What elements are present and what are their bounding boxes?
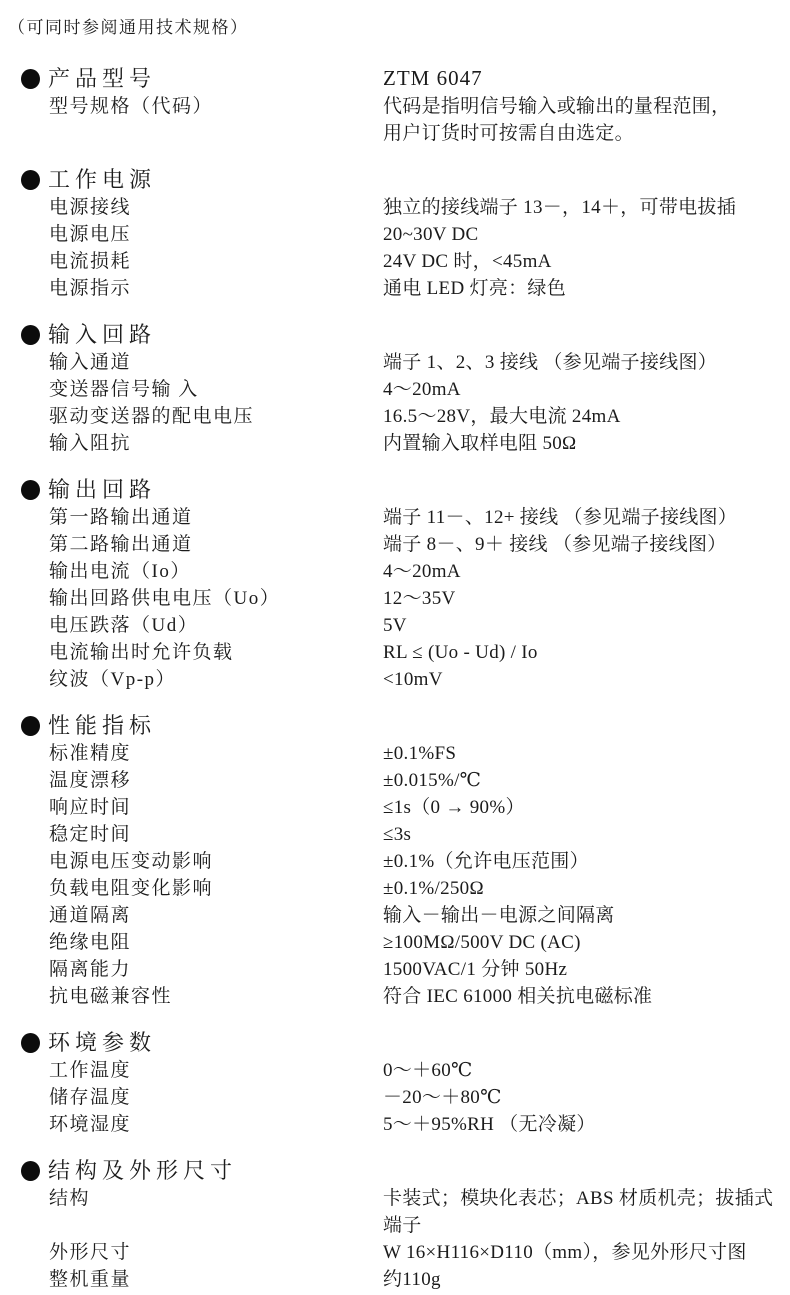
spec-row: 储存温度－20～＋80℃ (8, 1084, 780, 1111)
section-title: 性能指标 (48, 711, 383, 740)
spec-value: 代码是指明信号输入或输出的量程范围， 用户订货时可按需自由选定。 (383, 93, 780, 147)
spec-value: 5～＋95%RH （无冷凝） (383, 1111, 780, 1138)
spec-row: 结构卡装式；模块化表芯；ABS 材质机壳；拔插式端子 (8, 1185, 780, 1239)
spec-row: 输入通道端子 1、2、3 接线 （参见端子接线图） (8, 349, 780, 376)
spec-value: ±0.1%（允许电压范围） (383, 848, 780, 875)
spec-row: 电源电压变动影响±0.1%（允许电压范围） (8, 848, 780, 875)
spec-row: 负载电阻变化影响±0.1%/250Ω (8, 875, 780, 902)
spec-row: 第二路输出通道端子 8－、9＋ 接线 （参见端子接线图） (8, 531, 780, 558)
spec-label: 输出回路供电电压（Uo） (49, 585, 383, 612)
section-bullet-icon (21, 716, 40, 736)
spec-value: 端子 11－、12+ 接线 （参见端子接线图） (383, 504, 780, 531)
spec-label: 抗电磁兼容性 (49, 983, 383, 1010)
spec-row: 通道隔离输入－输出－电源之间隔离 (8, 902, 780, 929)
section-bullet-icon (21, 480, 40, 500)
spec-row: 驱动变送器的配电电压16.5～28V，最大电流 24mA (8, 403, 780, 430)
section-bullet-icon (21, 325, 40, 345)
spec-value: 内置输入取样电阻 50Ω (383, 430, 780, 457)
spec-label: 驱动变送器的配电电压 (49, 403, 383, 430)
spec-row: 电压跌落（Ud）5V (8, 612, 780, 639)
spec-label: 第一路输出通道 (49, 504, 383, 531)
spec-sections: 产品型号ZTM 6047型号规格（代码）代码是指明信号输入或输出的量程范围， 用… (8, 64, 780, 1293)
spec-label: 结构 (49, 1185, 383, 1239)
spec-row: 工作温度0～＋60℃ (8, 1057, 780, 1084)
spec-row: 电源指示通电 LED 灯亮：绿色 (8, 275, 780, 302)
spec-value: －20～＋80℃ (383, 1084, 780, 1111)
spec-label: 电流输出时允许负载 (49, 639, 383, 666)
spec-row: 纹波（Vp-p）<10mV (8, 666, 780, 693)
spec-value: 端子 1、2、3 接线 （参见端子接线图） (383, 349, 780, 376)
spec-value: ≤1s（0 → 90%） (383, 794, 780, 821)
spec-label: 工作温度 (49, 1057, 383, 1084)
section-bullet-icon (21, 1161, 40, 1181)
spec-value: 24V DC 时，<45mA (383, 248, 780, 275)
spec-row: 电流损耗24V DC 时，<45mA (8, 248, 780, 275)
spec-value: 独立的接线端子 13－，14＋，可带电拔插 (383, 194, 780, 221)
spec-label: 绝缘电阻 (49, 929, 383, 956)
spec-value: 卡装式；模块化表芯；ABS 材质机壳；拔插式端子 (383, 1185, 780, 1239)
section-bullet-icon (21, 69, 40, 89)
spec-row: 稳定时间≤3s (8, 821, 780, 848)
section-heading: 产品型号ZTM 6047 (8, 64, 780, 93)
spec-row: 输入阻抗内置输入取样电阻 50Ω (8, 430, 780, 457)
spec-row: 第一路输出通道端子 11－、12+ 接线 （参见端子接线图） (8, 504, 780, 531)
spec-row: 输出回路供电电压（Uo）12～35V (8, 585, 780, 612)
spec-value: 4～20mA (383, 376, 780, 403)
section-heading: 输出回路 (8, 475, 780, 504)
spec-section: 工作电源电源接线独立的接线端子 13－，14＋，可带电拔插电源电压20~30V … (8, 165, 780, 302)
spec-label: 输出电流（Io） (49, 558, 383, 585)
spec-row: 环境湿度5～＋95%RH （无冷凝） (8, 1111, 780, 1138)
spec-value: RL ≤ (Uo - Ud) / Io (383, 639, 780, 666)
spec-row: 绝缘电阻≥100MΩ/500V DC (AC) (8, 929, 780, 956)
spec-label: 电压跌落（Ud） (49, 612, 383, 639)
spec-label: 储存温度 (49, 1084, 383, 1111)
spec-label: 变送器信号输 入 (49, 376, 383, 403)
section-title: 结构及外形尺寸 (48, 1156, 383, 1185)
spec-value: ±0.015%/℃ (383, 767, 780, 794)
section-heading: 性能指标 (8, 711, 780, 740)
spec-label: 隔离能力 (49, 956, 383, 983)
spec-row: 电流输出时允许负载RL ≤ (Uo - Ud) / Io (8, 639, 780, 666)
spec-value: W 16×H116×D110（mm），参见外形尺寸图 (383, 1239, 780, 1266)
spec-row: 型号规格（代码）代码是指明信号输入或输出的量程范围， 用户订货时可按需自由选定。 (8, 93, 780, 147)
spec-row: 响应时间≤1s（0 → 90%） (8, 794, 780, 821)
section-title: 输出回路 (48, 475, 383, 504)
spec-row: 变送器信号输 入4～20mA (8, 376, 780, 403)
page-note: （可同时参阅通用技术规格） (8, 16, 780, 40)
spec-row: 抗电磁兼容性符合 IEC 61000 相关抗电磁标准 (8, 983, 780, 1010)
spec-label: 电源接线 (49, 194, 383, 221)
spec-label: 第二路输出通道 (49, 531, 383, 558)
spec-label: 电源指示 (49, 275, 383, 302)
spec-label: 整机重量 (49, 1266, 383, 1293)
spec-label: 响应时间 (49, 794, 383, 821)
spec-section: 产品型号ZTM 6047型号规格（代码）代码是指明信号输入或输出的量程范围， 用… (8, 64, 780, 147)
spec-section: 输入回路输入通道端子 1、2、3 接线 （参见端子接线图）变送器信号输 入4～2… (8, 320, 780, 457)
spec-value: ±0.1%/250Ω (383, 875, 780, 902)
spec-row: 隔离能力1500VAC/1 分钟 50Hz (8, 956, 780, 983)
spec-label: 输入通道 (49, 349, 383, 376)
section-title: 环境参数 (48, 1028, 383, 1057)
spec-label: 电源电压 (49, 221, 383, 248)
spec-value: ≥100MΩ/500V DC (AC) (383, 929, 780, 956)
spec-section: 输出回路第一路输出通道端子 11－、12+ 接线 （参见端子接线图）第二路输出通… (8, 475, 780, 693)
spec-label: 输入阻抗 (49, 430, 383, 457)
section-title: 工作电源 (48, 165, 383, 194)
spec-label: 电源电压变动影响 (49, 848, 383, 875)
spec-label: 电流损耗 (49, 248, 383, 275)
spec-value: 端子 8－、9＋ 接线 （参见端子接线图） (383, 531, 780, 558)
spec-row: 外形尺寸W 16×H116×D110（mm），参见外形尺寸图 (8, 1239, 780, 1266)
section-title: 产品型号 (48, 64, 383, 93)
spec-row: 输出电流（Io）4～20mA (8, 558, 780, 585)
spec-row: 电源接线独立的接线端子 13－，14＋，可带电拔插 (8, 194, 780, 221)
spec-label: 纹波（Vp-p） (49, 666, 383, 693)
section-title: 输入回路 (48, 320, 383, 349)
section-heading: 工作电源 (8, 165, 780, 194)
spec-value: 20~30V DC (383, 221, 780, 248)
spec-value: 0～＋60℃ (383, 1057, 780, 1084)
spec-label: 环境湿度 (49, 1111, 383, 1138)
spec-label: 温度漂移 (49, 767, 383, 794)
spec-section: 环境参数工作温度0～＋60℃储存温度－20～＋80℃环境湿度5～＋95%RH （… (8, 1028, 780, 1138)
spec-value: 1500VAC/1 分钟 50Hz (383, 956, 780, 983)
spec-value: ±0.1%FS (383, 740, 780, 767)
spec-label: 标准精度 (49, 740, 383, 767)
spec-label: 型号规格（代码） (49, 93, 383, 147)
spec-value: 5V (383, 612, 780, 639)
spec-value: ≤3s (383, 821, 780, 848)
spec-value: 输入－输出－电源之间隔离 (383, 902, 780, 929)
spec-label: 稳定时间 (49, 821, 383, 848)
spec-label: 通道隔离 (49, 902, 383, 929)
spec-label: 负载电阻变化影响 (49, 875, 383, 902)
spec-value: 12～35V (383, 585, 780, 612)
spec-row: 电源电压20~30V DC (8, 221, 780, 248)
spec-page: （可同时参阅通用技术规格） 产品型号ZTM 6047型号规格（代码）代码是指明信… (0, 0, 790, 1295)
section-bullet-icon (21, 1033, 40, 1053)
spec-value: 4～20mA (383, 558, 780, 585)
spec-section: 性能指标标准精度±0.1%FS温度漂移±0.015%/℃响应时间≤1s（0 → … (8, 711, 780, 1010)
spec-section: 结构及外形尺寸结构卡装式；模块化表芯；ABS 材质机壳；拔插式端子外形尺寸W 1… (8, 1156, 780, 1293)
spec-value: 符合 IEC 61000 相关抗电磁标准 (383, 983, 780, 1010)
section-bullet-icon (21, 170, 40, 190)
spec-value: <10mV (383, 666, 780, 693)
spec-value: 16.5～28V，最大电流 24mA (383, 403, 780, 430)
spec-row: 标准精度±0.1%FS (8, 740, 780, 767)
spec-row: 温度漂移±0.015%/℃ (8, 767, 780, 794)
spec-row: 整机重量约110g (8, 1266, 780, 1293)
spec-value: 约110g (383, 1266, 780, 1293)
section-title-value: ZTM 6047 (383, 64, 780, 93)
spec-label: 外形尺寸 (49, 1239, 383, 1266)
section-heading: 输入回路 (8, 320, 780, 349)
spec-value: 通电 LED 灯亮：绿色 (383, 275, 780, 302)
section-heading: 结构及外形尺寸 (8, 1156, 780, 1185)
section-heading: 环境参数 (8, 1028, 780, 1057)
